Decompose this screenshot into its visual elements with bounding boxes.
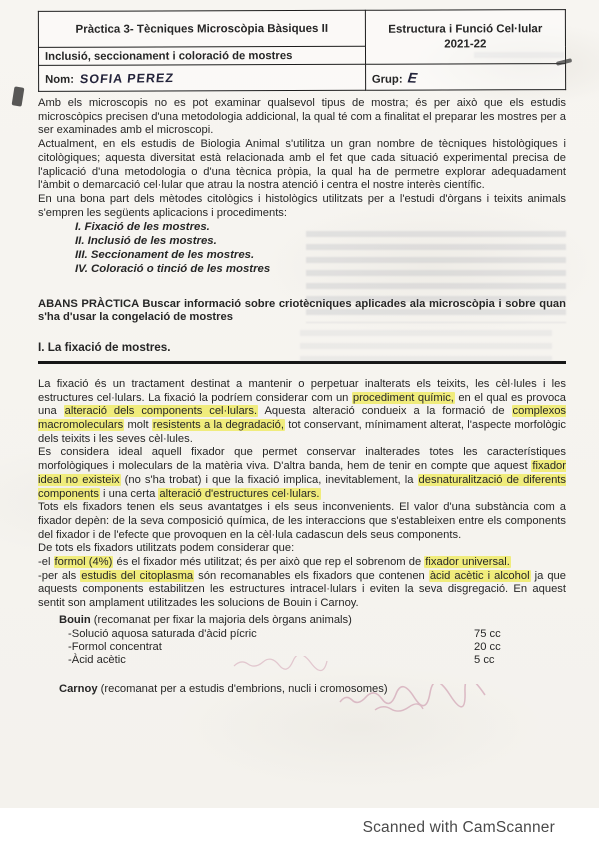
highlighted-text: alteració dels components cel·lulars. — [64, 405, 259, 417]
practice-subtitle: Inclusió, seccionament i coloració de mo… — [45, 50, 292, 63]
carnoy-name: Carnoy — [59, 683, 98, 695]
advantages-paragraph: Tots els fixadors tenen els seus avantat… — [38, 501, 566, 542]
ink-smudge-artifact — [12, 86, 25, 106]
handwritten-name: SOFIA PEREZ — [79, 71, 174, 86]
course-cell: Estructura i Funció Cel·lular 2021-22 — [365, 10, 565, 65]
ingredient-name: -Àcid acètic — [68, 654, 474, 667]
practice-title-cell: Pràctica 3- Tècniques Microscòpia Bàsiqu… — [38, 10, 365, 47]
highlighted-text: procediment químic, — [352, 392, 455, 404]
section-body: La fixació és un tractament destinat a m… — [38, 378, 566, 696]
ingredient-amount: 75 cc — [474, 628, 501, 641]
text-segment: són recomanables els fixadors que conten… — [194, 570, 429, 582]
intro-paragraph-1: Amb els microscopis no es pot examinar q… — [38, 97, 566, 138]
ingredient-amount: 5 cc — [474, 654, 495, 667]
procedure-item: IV. Coloració o tinció de les mostres — [75, 263, 566, 277]
text-segment: Aquesta alteració condueix a la formació… — [258, 405, 511, 417]
ingredient-name: -Solució aquosa saturada d'àcid pícric — [68, 628, 474, 641]
intro-paragraph-2: Actualment, en els estudis de Biologia A… — [38, 138, 566, 193]
text-segment: Es considera ideal aquell fixador que pe… — [38, 446, 566, 472]
bouin-block: Bouin (recomanat per fixar la majoria de… — [59, 614, 566, 668]
carnoy-block: Carnoy (recomanat per a estudis d'embrio… — [59, 683, 566, 695]
procedure-item: III. Seccionament de les mostres. — [75, 249, 566, 263]
camscanner-watermark: Scanned with CamScanner — [363, 819, 555, 837]
header-table: Pràctica 3- Tècniques Microscòpia Bàsiqu… — [38, 9, 566, 92]
name-cell: Nom:SOFIA PEREZ — [39, 64, 366, 91]
highlighted-text: alteració d'estructures cel·lulars. — [158, 488, 320, 500]
bouin-note: (recomanat per fixar la majoria dels òrg… — [91, 614, 352, 626]
ingredient-row: -Formol concentrat 20 cc — [68, 641, 566, 654]
cytoplasm-paragraph: -per als estudis del citoplasma són reco… — [38, 570, 566, 611]
highlighted-text: àcid acètic i alcohol — [429, 570, 531, 582]
ingredient-row: -Àcid acètic 5 cc — [68, 654, 566, 667]
highlighted-text: resistents a la degradació, — [152, 419, 285, 431]
scanned-page: Pràctica 3- Tècniques Microscòpia Bàsiqu… — [0, 0, 599, 808]
highlighted-text: fixador universal. — [424, 556, 511, 568]
text-segment: -el — [38, 556, 54, 568]
ingredient-name: -Formol concentrat — [68, 641, 474, 654]
practice-subtitle-cell: Inclusió, seccionament i coloració de mo… — [38, 46, 365, 65]
consider-line: De tots els fixadors utilitzats podem co… — [38, 542, 566, 556]
text-segment: molt — [124, 419, 152, 431]
handwritten-group: E — [406, 69, 420, 85]
formol-paragraph: -el formol (4%) és el fixador més utilit… — [38, 556, 566, 570]
ingredient-row: -Solució aquosa saturada d'àcid pícric 7… — [68, 628, 566, 641]
procedures-list: I. Fixació de les mostres. II. Inclusió … — [75, 221, 566, 276]
text-segment: és el fixador més utilitzat; és per això… — [113, 556, 424, 568]
ingredient-amount: 20 cc — [474, 641, 501, 654]
practice-title: Pràctica 3- Tècniques Microscòpia Bàsiqu… — [76, 22, 329, 35]
section-heading: I. La fixació de mostres. — [38, 341, 566, 364]
text-segment: (no s'ha trobat) i que la fixació implic… — [121, 474, 418, 486]
pre-practice-note: ABANS PRÀCTICA Buscar informació sobre c… — [38, 298, 566, 325]
group-cell: Grup:E — [365, 64, 565, 91]
course-year: 2021-22 — [372, 37, 559, 53]
intro-paragraph-3: En una bona part dels mètodes citològics… — [38, 193, 566, 220]
group-label: Grup: — [372, 73, 403, 85]
text-segment: -per als — [38, 570, 80, 582]
text-segment: i una certa — [100, 488, 158, 500]
name-label: Nom: — [45, 73, 74, 85]
carnoy-note: (recomanat per a estudis d'embrions, nuc… — [98, 683, 388, 695]
ideal-fixative-paragraph: Es considera ideal aquell fixador que pe… — [38, 446, 566, 501]
bouin-name: Bouin — [59, 614, 91, 626]
highlighted-text: formol (4%) — [54, 556, 114, 568]
highlighted-text: estudis del citoplasma — [80, 570, 194, 582]
page-content: Pràctica 3- Tècniques Microscòpia Bàsiqu… — [38, 10, 566, 695]
fixation-paragraph: La fixació és un tractament destinat a m… — [38, 378, 566, 447]
procedure-item: I. Fixació de les mostres. — [75, 221, 566, 235]
course-name: Estructura i Funció Cel·lular — [372, 22, 559, 38]
procedure-item: II. Inclusió de les mostres. — [75, 235, 566, 249]
